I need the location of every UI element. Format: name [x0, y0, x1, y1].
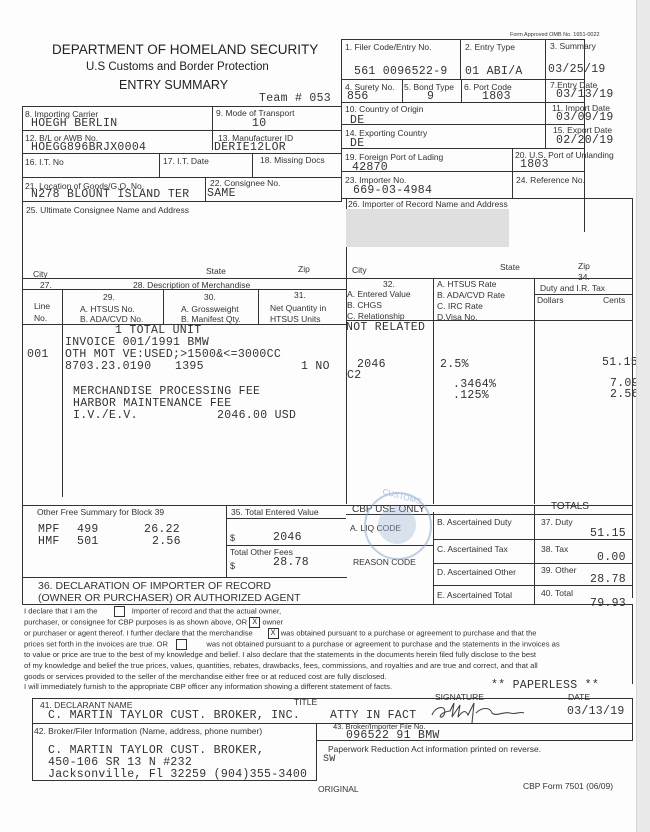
col-29a: A. HTSUS No. — [80, 304, 135, 314]
scrollbar-edge — [636, 0, 650, 832]
label-other-fee-summary: Other Free Summary for Block 39 — [37, 507, 164, 517]
col-31a: Net Quantity in — [270, 303, 326, 313]
importer-of-record-checkbox[interactable] — [114, 606, 125, 617]
grossweight: 1395 — [175, 361, 204, 373]
col-30b: B. Manifest Qty. — [181, 314, 241, 324]
col-32: 32. — [383, 279, 395, 289]
htsus-rate: 2.5% — [440, 359, 469, 371]
col-28: 28. Description of Merchandise — [133, 280, 250, 290]
owner-checkbox[interactable]: X — [249, 617, 260, 628]
label-zip-26: Zip — [578, 261, 590, 271]
value-title: ATTY IN FACT — [330, 710, 416, 722]
seal-text: CUSTOMS — [382, 487, 423, 506]
cbp-seal-stamp: CUSTOMS — [364, 492, 432, 560]
relationship: NOT RELATED — [346, 322, 425, 334]
chgs: C2 — [347, 370, 361, 382]
col-33c: C. IRC Rate — [437, 301, 483, 311]
value-tax: 0.00 — [597, 552, 626, 564]
fee2-amount: 2.56 — [610, 389, 639, 401]
form-title: ENTRY SUMMARY — [119, 78, 228, 92]
value-consignee-no: SAME — [207, 188, 236, 200]
col-dollars: Dollars — [537, 295, 563, 305]
label-state-26: State — [500, 262, 520, 272]
value-mode-transport: 10 — [252, 118, 266, 130]
col-27: 27. — [40, 280, 52, 290]
value-date: 03/13/19 — [567, 706, 625, 718]
label-tax: 38. Tax — [541, 544, 568, 554]
value-declarant-name: C. MARTIN TAYLOR CUST. BROKER, INC. — [48, 710, 300, 722]
label-total-entered-value: 35. Total Entered Value — [231, 507, 319, 517]
col-31: 31. — [294, 290, 306, 300]
iv-ev-label: I.V./E.V. — [73, 410, 138, 422]
form-number: CBP Form 7501 (06/09) — [523, 781, 613, 791]
value-duty: 51.15 — [590, 528, 626, 540]
hmf-code: HMF — [38, 536, 60, 548]
label-ultimate-consignee: 25. Ultimate Consignee Name and Address — [26, 205, 189, 215]
hmf-number: 501 — [77, 536, 99, 548]
paperwork-reduction-note: Paperwork Reduction Act information prin… — [328, 744, 541, 754]
value-entry-type: 01 ABI/A — [465, 66, 523, 78]
label-it-date: 17. I.T. Date — [163, 156, 209, 166]
col-34: 34. — [578, 272, 590, 282]
col-34a: Duty and I.R. Tax — [540, 283, 605, 293]
sw-code: SW — [323, 754, 336, 766]
declaration-title-2: (OWNER OR PURCHASER) OR AUTHORIZED AGENT — [38, 592, 301, 604]
col-33b: B. ADA/CVD Rate — [437, 290, 505, 300]
original-label: ORIGINAL — [318, 784, 359, 794]
col-31b: HTSUS Units — [270, 314, 321, 324]
agency-title: DEPARTMENT OF HOMELAND SECURITY — [52, 42, 318, 57]
col-32a: A. Entered Value — [347, 289, 411, 299]
label-total: 40. Total — [541, 588, 573, 598]
col-29: 29. — [103, 292, 115, 302]
col-29b: B. ADA/CVD No. — [80, 314, 143, 324]
label-importer-of-record: 26. Importer of Record Name and Address — [348, 199, 508, 209]
value-filer-code: 561 0096522-9 — [354, 66, 448, 78]
team-number: Team # 053 — [259, 93, 331, 105]
label-entry-type: 2. Entry Type — [465, 42, 515, 52]
label-country-origin: 10. Country of Origin — [345, 104, 423, 114]
sub-agency-title: U.S Customs and Border Protection — [86, 61, 269, 73]
entry-summary-form: Form Approved OMB No. 1651-0022 DEPARTME… — [0, 0, 636, 832]
value-export-date: 02/20/19 — [556, 135, 614, 147]
col-30: 30. — [204, 292, 216, 302]
label-date: DATE — [568, 692, 590, 702]
label-summary: 3. Summary — [550, 41, 596, 51]
value-entry-date: 03/13/19 — [556, 89, 614, 101]
col-30a: A. Grossweight — [181, 304, 239, 314]
label-duty: 37. Duty — [541, 517, 573, 527]
label-title: TITLE — [294, 697, 317, 707]
obtained-pursuant-checkbox[interactable]: X — [268, 628, 279, 639]
value-location-goods: N278 BLOUNT ISLAND TER — [31, 189, 189, 201]
label-reference-no: 24. Reference No. — [516, 175, 585, 185]
net-quantity: 1 NO — [301, 361, 330, 373]
label-filer-code: 1. Filer Code/Entry No. — [345, 42, 431, 52]
col-line: Line — [34, 301, 50, 311]
line-number: 001 — [27, 349, 49, 361]
label-ascertained-total: E. Ascertained Total — [437, 590, 512, 600]
hmf-amount: 2.56 — [152, 536, 181, 548]
signature-scribble — [430, 701, 526, 723]
label-ascertained-other: D. Ascertained Other — [437, 567, 516, 577]
value-total-entered-value: 2046 — [273, 532, 302, 544]
value-import-date: 03/09/19 — [556, 112, 614, 124]
label-city-26: City — [352, 265, 367, 275]
label-missing-docs: 18. Missing Docs — [260, 155, 325, 165]
col-line-no: No. — [34, 313, 47, 323]
value-us-port-unlanding: 1803 — [520, 159, 549, 171]
col-32b: B. CHGS — [347, 300, 382, 310]
redacted-importer-address — [346, 209, 509, 247]
dollar-sign-fees: $ — [230, 561, 235, 571]
label-other: 39. Other — [541, 565, 576, 575]
label-it-no: 16. I.T. No — [25, 157, 64, 167]
totals-heading: TOTALS — [551, 502, 589, 512]
value-country-origin: DE — [350, 115, 364, 127]
iv-ev-value: 2046.00 USD — [217, 410, 296, 422]
paperless-stamp: ** PAPERLESS ** — [491, 680, 599, 692]
dollar-sign-35: $ — [230, 533, 235, 543]
label-broker-info: 42. Broker/Filer Information (Name, addr… — [34, 726, 262, 736]
label-ascertained-tax: C. Ascertained Tax — [437, 544, 508, 554]
fee2-rate: .125% — [453, 390, 489, 402]
label-ascertained-duty: B. Ascertained Duty — [437, 517, 512, 527]
value-foreign-port: 42870 — [352, 162, 388, 174]
value-other: 28.78 — [590, 574, 626, 586]
value-summary: 03/25/19 — [548, 64, 606, 76]
value-total-other-fees: 28.78 — [273, 557, 309, 569]
col-cents: Cents — [603, 295, 625, 305]
value-importing-carrier: HOEGH BERLIN — [31, 118, 117, 130]
declaration-title-1: 36. DECLARATION OF IMPORTER OF RECORD — [38, 580, 271, 592]
htsus-number: 8703.23.0190 — [65, 361, 151, 373]
duty-amount: 51.15 — [602, 357, 638, 369]
col-33a: A. HTSUS Rate — [437, 279, 497, 289]
label-state-25: State — [206, 266, 226, 276]
not-obtained-checkbox[interactable] — [176, 639, 187, 650]
value-importer-no: 669-03-4984 — [353, 185, 432, 197]
label-zip-25: Zip — [298, 264, 310, 274]
